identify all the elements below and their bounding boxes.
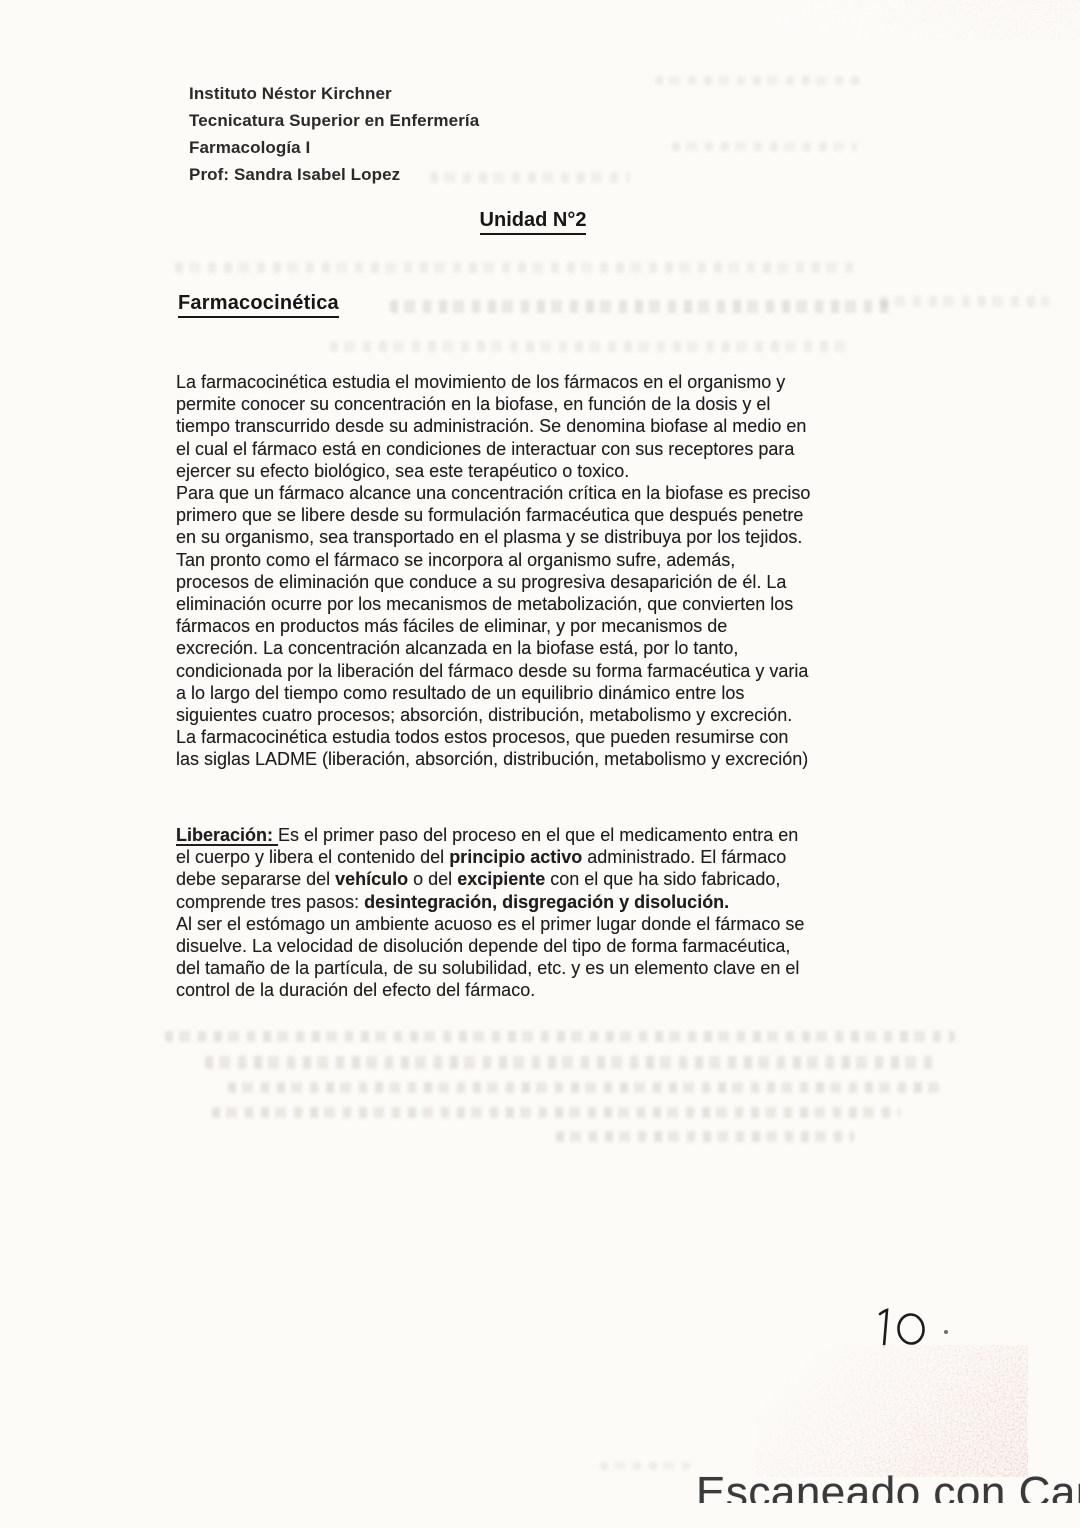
text-line: fármacos en productos más fáciles de eli… [176, 615, 810, 637]
text-line: condicionada por la liberación del fárma… [176, 660, 810, 682]
ghost-text-smudge [880, 296, 1050, 307]
scan-noise-top-right [778, 0, 1080, 40]
text-segment: comprende tres pasos: [176, 892, 364, 912]
camscanner-watermark-text: Escaneado con CamS [696, 1475, 1080, 1503]
ghost-text-smudge [212, 1107, 900, 1118]
section-heading-text: Farmacocinética [178, 292, 339, 318]
ghost-text-smudge [672, 142, 857, 151]
ghost-text-smudge [228, 1082, 946, 1093]
text-line: Liberación: Es el primer paso del proces… [176, 824, 804, 846]
ghost-text-smudge [600, 1462, 690, 1470]
text-line: primero que se libere desde su formulaci… [176, 504, 810, 526]
ghost-text-smudge [556, 1131, 854, 1142]
text-segment: o del [408, 869, 457, 889]
text-segment: el cuerpo y libera el contenido del [176, 847, 449, 867]
text-segment: excipiente [457, 869, 545, 889]
text-line: excreción. La concentración alcanzada en… [176, 637, 810, 659]
text-line: Instituto Néstor Kirchner [189, 80, 479, 107]
text-line: el cuerpo y libera el contenido del prin… [176, 846, 804, 868]
handwritten-digits [864, 1303, 954, 1355]
text-segment: con el que ha sido fabricado, [545, 869, 780, 889]
ghost-text-smudge [430, 172, 630, 183]
paragraph-liberacion: Liberación: Es el primer paso del proces… [176, 824, 804, 1002]
text-segment: debe separarse del [176, 869, 335, 889]
ghost-text-smudge [655, 76, 860, 85]
text-line: las siglas LADME (liberación, absorción,… [176, 748, 810, 770]
section-heading: Farmacocinética [178, 292, 339, 318]
text-line: en su organismo, sea transportado en el … [176, 526, 810, 548]
text-line: procesos de eliminación que conduce a su… [176, 571, 810, 593]
text-line: eliminación ocurre por los mecanismos de… [176, 593, 810, 615]
text-line: Tan pronto como el fármaco se incorpora … [176, 549, 810, 571]
unit-title: Unidad N°2 [0, 209, 1066, 235]
text-line: ejercer su efecto biológico, sea este te… [176, 460, 810, 482]
ghost-text-smudge [175, 262, 855, 273]
text-line: disuelve. La velocidad de disolución dep… [176, 935, 804, 957]
text-line: el cual el fármaco está en condiciones d… [176, 438, 810, 460]
paragraph-farmacocinetica: La farmacocinética estudia el movimiento… [176, 371, 810, 771]
ghost-text-smudge [165, 1031, 955, 1042]
text-line: siguientes cuatro procesos; absorción, d… [176, 704, 810, 726]
ghost-text-smudge [330, 341, 850, 352]
text-line: debe separarse del vehículo o del excipi… [176, 868, 804, 890]
noise-fade [755, 1345, 1028, 1477]
text-line: Farmacología I [189, 134, 479, 161]
ghost-text-smudge [390, 300, 890, 313]
text-segment: administrado. El fármaco [582, 847, 786, 867]
handwritten-page-number: 10 [864, 1303, 954, 1355]
text-line: La farmacocinética estudia el movimiento… [176, 371, 810, 393]
text-segment: Es el primer paso del proceso en el que … [278, 825, 798, 845]
text-line: a lo largo del tiempo como resultado de … [176, 682, 810, 704]
text-line: Tecnicatura Superior en Enfermería [189, 107, 479, 134]
text-segment: Liberación: [176, 825, 278, 845]
text-line: comprende tres pasos: desintegración, di… [176, 891, 804, 913]
text-line: Al ser el estómago un ambiente acuoso es… [176, 913, 804, 935]
text-line: Para que un fármaco alcance una concentr… [176, 482, 810, 504]
pen-dot [944, 1330, 948, 1334]
unit-title-text: Unidad N°2 [480, 209, 587, 235]
text-segment: principio activo [449, 847, 582, 867]
text-line: tiempo transcurrido desde su administrac… [176, 415, 810, 437]
text-line: del tamaño de la partícula, de su solubi… [176, 957, 804, 979]
text-segment: vehículo [335, 869, 408, 889]
noise-fade [778, 0, 1080, 40]
text-line: permite conocer su concentración en la b… [176, 393, 810, 415]
text-line: La farmacocinética estudia todos estos p… [176, 726, 810, 748]
ghost-text-smudge [205, 1056, 935, 1069]
text-segment: desintegración, disgregación y disolució… [364, 892, 729, 912]
scan-noise-bottom-right [755, 1345, 1028, 1477]
camscanner-watermark: Escaneado con CamS [696, 1475, 1080, 1503]
text-line: control de la duración del efecto del fá… [176, 979, 804, 1001]
scanned-document-page: Instituto Néstor KirchnerTecnicatura Sup… [0, 0, 1080, 1528]
